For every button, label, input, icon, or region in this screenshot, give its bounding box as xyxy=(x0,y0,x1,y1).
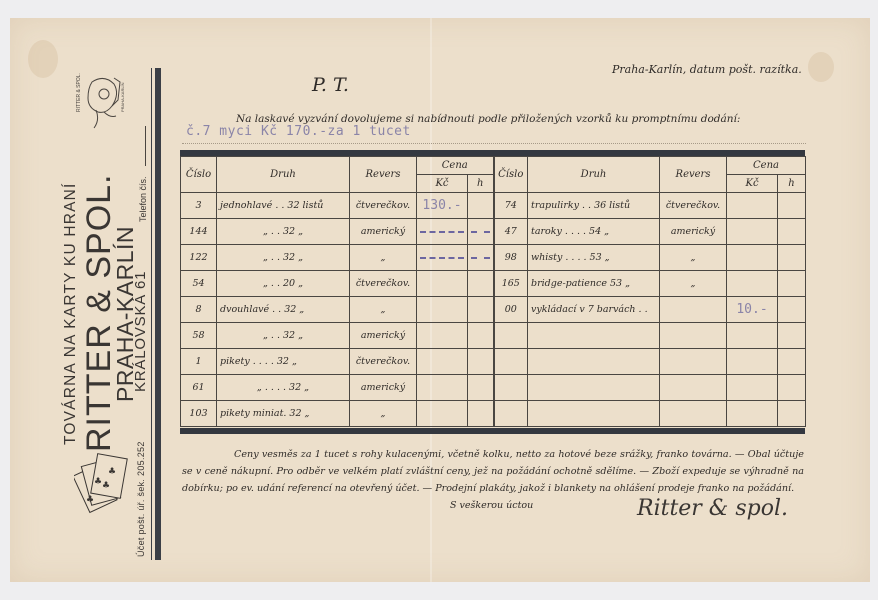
cell-price-h xyxy=(778,323,806,349)
cell-price-h xyxy=(778,401,806,427)
header-cislo-2: Číslo xyxy=(494,157,528,193)
paper-stain xyxy=(808,52,834,82)
cell-price-h xyxy=(778,193,806,219)
cell-cislo xyxy=(494,401,528,427)
cell-price-kc xyxy=(727,349,778,375)
cell-cislo: 54 xyxy=(181,271,217,297)
header-cena: Cena xyxy=(417,157,494,175)
cell-cislo: 74 xyxy=(494,193,528,219)
table-row: 144 „ . . 32 „ americký 47 taroky . . . … xyxy=(181,219,806,245)
cell-price-h xyxy=(468,323,494,349)
cell-revers: americký xyxy=(350,375,417,401)
cell-druh: pikety miniat. 32 „ xyxy=(217,401,350,427)
vertical-rule-thin xyxy=(151,68,152,560)
cell-revers: americký xyxy=(350,219,417,245)
cell-price-kc xyxy=(727,375,778,401)
table-row: 1 pikety . . . . 32 „ čtverečkov. xyxy=(181,349,806,375)
cell-price-h xyxy=(778,349,806,375)
cell-revers: čtverečkov. xyxy=(350,271,417,297)
price-table: Číslo Druh Revers Cena Číslo Druh Revers… xyxy=(180,156,806,427)
cell-revers xyxy=(660,323,727,349)
cell-revers: „ xyxy=(660,245,727,271)
cell-cislo xyxy=(494,323,528,349)
place-date: Praha-Karlín, datum pošt. razítka. xyxy=(612,63,802,76)
cell-price-h xyxy=(778,219,806,245)
cell-price-h xyxy=(468,401,494,427)
cell-druh: „ . . . . 32 „ xyxy=(217,375,350,401)
table-row: 122 „ . . 32 „ „ 98 whisty . . . . 53 „ … xyxy=(181,245,806,271)
cell-cislo: 98 xyxy=(494,245,528,271)
phone-label: Telefon čís. xyxy=(138,176,148,222)
company-logo-icon: RITTER & SPOL. PRAHA-KARLÍN xyxy=(74,72,128,134)
cell-revers xyxy=(660,349,727,375)
cell-price-h xyxy=(468,297,494,323)
typed-note: č.7 myci Kč 170.-za 1 tucet xyxy=(186,124,411,139)
cell-revers: čtverečkov. xyxy=(350,349,417,375)
cell-price-kc xyxy=(727,401,778,427)
cell-revers: americký xyxy=(660,219,727,245)
cell-revers xyxy=(660,297,727,323)
cell-price-h xyxy=(468,271,494,297)
company-street: KRÁLOVSKÁ 61 xyxy=(132,271,149,392)
closing-text: S veškerou úctou xyxy=(450,500,533,511)
table-row: 8 dvouhlavé . . 32 „ „ 00 vykládací v 7 … xyxy=(181,297,806,323)
cell-price-kc xyxy=(727,219,778,245)
cell-cislo: 103 xyxy=(181,401,217,427)
cell-price-kc xyxy=(417,375,468,401)
cell-druh: whisty . . . . 53 „ xyxy=(528,245,660,271)
cell-cislo: 3 xyxy=(181,193,217,219)
cell-druh: bridge-patience 53 „ xyxy=(528,271,660,297)
cell-druh: pikety . . . . 32 „ xyxy=(217,349,350,375)
cell-revers xyxy=(660,401,727,427)
cell-price-kc xyxy=(417,297,468,323)
strikeout-dash xyxy=(471,257,490,259)
strikeout-dash xyxy=(420,231,464,233)
svg-text:PRAHA-KARLÍN: PRAHA-KARLÍN xyxy=(120,82,125,112)
cell-price-kc xyxy=(727,323,778,349)
svg-text:RITTER & SPOL.: RITTER & SPOL. xyxy=(76,73,82,112)
cell-revers: čtverečkov. xyxy=(660,193,727,219)
cell-revers: „ xyxy=(660,271,727,297)
header-revers: Revers xyxy=(350,157,417,193)
strikeout-dash xyxy=(420,257,464,259)
cell-price-kc xyxy=(727,193,778,219)
cell-druh: jednohlavé . . 32 listů xyxy=(217,193,350,219)
table-row: 103 pikety miniat. 32 „ „ xyxy=(181,401,806,427)
cell-price-h xyxy=(778,297,806,323)
cell-cislo: 122 xyxy=(181,245,217,271)
cell-revers: „ xyxy=(350,245,417,271)
cell-price-kc xyxy=(417,401,468,427)
cell-price-kc xyxy=(417,349,468,375)
cell-cislo: 165 xyxy=(494,271,528,297)
dotted-line xyxy=(182,143,806,144)
cell-druh xyxy=(528,323,660,349)
table-bottom-bar xyxy=(180,428,805,434)
header-druh: Druh xyxy=(217,157,350,193)
table-row: 61 „ . . . . 32 „ americký xyxy=(181,375,806,401)
cell-cislo: 47 xyxy=(494,219,528,245)
terms-text: Ceny vesměs za 1 tucet s rohy kulacenými… xyxy=(182,446,804,497)
cell-druh: „ . . 32 „ xyxy=(217,245,350,271)
header-kc-2: Kč xyxy=(727,175,778,193)
cell-price-h xyxy=(468,193,494,219)
salutation: P. T. xyxy=(312,74,349,96)
cell-price-h xyxy=(778,245,806,271)
cell-cislo: 00 xyxy=(494,297,528,323)
cell-revers: čtverečkov. xyxy=(350,193,417,219)
cell-druh: „ . . 32 „ xyxy=(217,323,350,349)
cell-price-kc xyxy=(417,271,468,297)
cell-price-kc xyxy=(727,271,778,297)
cell-cislo: 1 xyxy=(181,349,217,375)
phone-line xyxy=(145,126,146,166)
svg-text:♣: ♣ xyxy=(86,495,94,505)
table-row: 58 „ . . 32 „ americký xyxy=(181,323,806,349)
vertical-rule xyxy=(155,68,161,560)
cell-cislo: 58 xyxy=(181,323,217,349)
cell-price-kc xyxy=(417,323,468,349)
header-h: h xyxy=(468,175,494,193)
cell-price-h xyxy=(468,349,494,375)
svg-text:♣: ♣ xyxy=(108,467,116,477)
cell-druh: trapulirky . . 36 listů xyxy=(528,193,660,219)
svg-text:♣: ♣ xyxy=(102,481,110,491)
factory-name: TOVÁRNA NA KARTY KU HRANÍ xyxy=(62,182,80,445)
cell-revers: americký xyxy=(350,323,417,349)
cell-druh: „ . . 20 „ xyxy=(217,271,350,297)
cell-cislo xyxy=(494,375,528,401)
cell-druh xyxy=(528,375,660,401)
cell-druh: taroky . . . . 54 „ xyxy=(528,219,660,245)
cell-cislo: 61 xyxy=(181,375,217,401)
cell-cislo xyxy=(494,349,528,375)
header-cislo: Číslo xyxy=(181,157,217,193)
paper-stain xyxy=(28,40,58,78)
cell-revers: „ xyxy=(350,297,417,323)
cell-price-kc: 10.- xyxy=(736,302,767,317)
header-h-2: h xyxy=(778,175,806,193)
cell-druh: „ . . 32 „ xyxy=(217,219,350,245)
cell-price-h xyxy=(778,375,806,401)
cell-cislo: 8 xyxy=(181,297,217,323)
cell-price-h xyxy=(468,375,494,401)
cell-price-h xyxy=(778,271,806,297)
svg-text:♣: ♣ xyxy=(94,477,102,487)
table-row: 3 jednohlavé . . 32 listů čtverečkov. 13… xyxy=(181,193,806,219)
cell-druh xyxy=(528,401,660,427)
header-druh-2: Druh xyxy=(528,157,660,193)
table-row: 54 „ . . 20 „ čtverečkov. 165 bridge-pat… xyxy=(181,271,806,297)
cell-cislo: 144 xyxy=(181,219,217,245)
signature: Ritter & spol. xyxy=(637,496,788,521)
header-kc: Kč xyxy=(417,175,468,193)
strikeout-dash xyxy=(471,231,490,233)
cell-price-kc: 130.- xyxy=(422,198,461,213)
cell-druh: vykládací v 7 barvách . . xyxy=(528,297,660,323)
header-cena-2: Cena xyxy=(727,157,806,175)
cell-druh: dvouhlavé . . 32 „ xyxy=(217,297,350,323)
cell-revers xyxy=(660,375,727,401)
cell-price-kc xyxy=(727,245,778,271)
cell-druh xyxy=(528,349,660,375)
playing-cards-icon: ♣♣♣♣ xyxy=(74,450,140,516)
cell-revers: „ xyxy=(350,401,417,427)
header-revers-2: Revers xyxy=(660,157,727,193)
